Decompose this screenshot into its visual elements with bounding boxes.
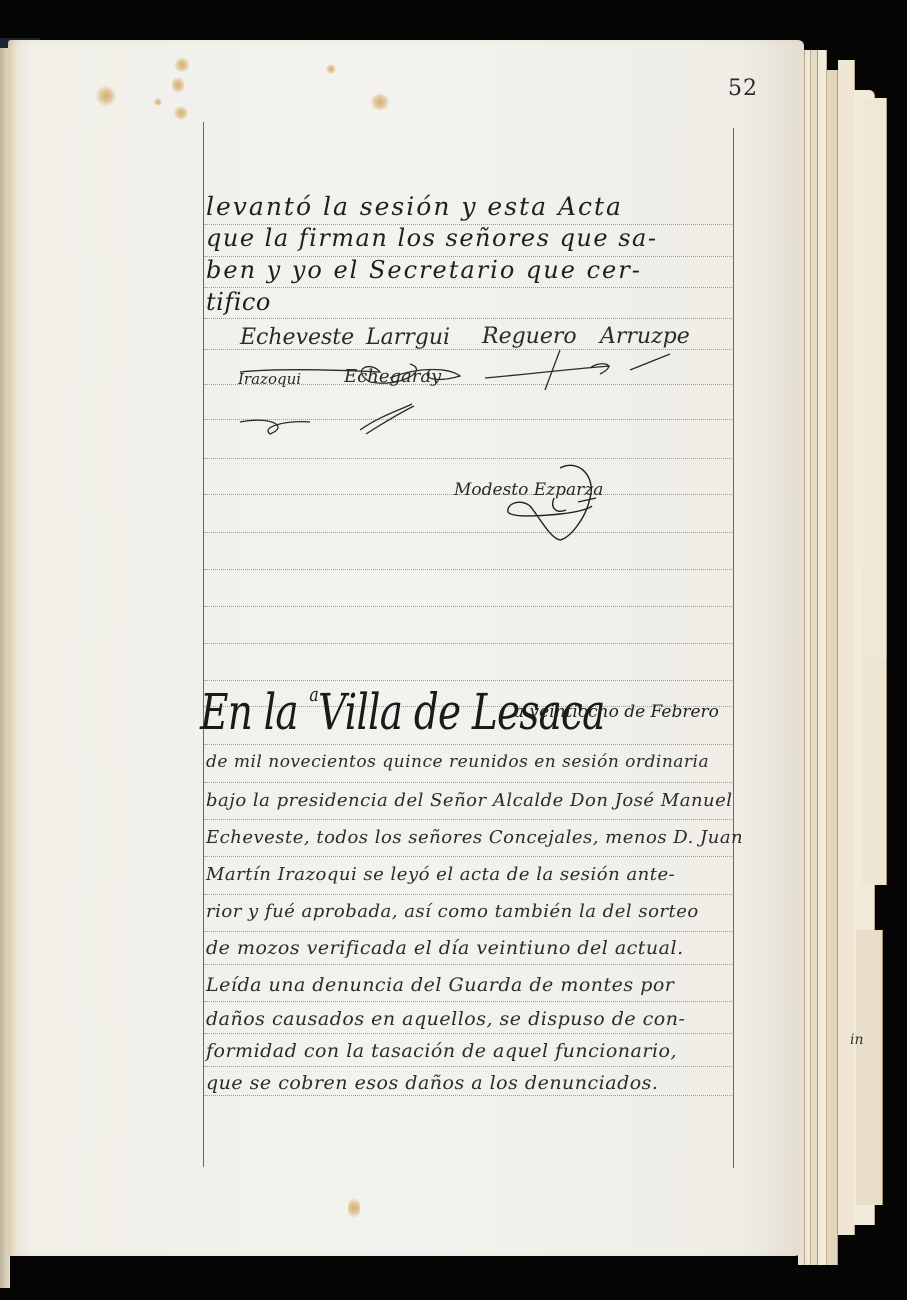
left-margin-line	[203, 122, 204, 1167]
entry-line-2: bajo la presidencia del Señor Alcalde Do…	[206, 790, 746, 811]
page-stack-edges	[798, 50, 893, 1265]
entry-line-6: de mozos verificada el día veintiuno del…	[206, 937, 746, 959]
foxing-spot	[154, 98, 162, 106]
closing-line-1: levantó la sesión y esta Acta	[206, 192, 746, 221]
page-number: 52	[728, 76, 758, 101]
foxing-spot	[96, 86, 116, 106]
closing-line-3: ben y yo el Secretario que cer-	[206, 256, 746, 284]
page-gutter	[8, 46, 18, 1256]
foxing-spot	[172, 76, 184, 94]
closing-line-4: tifico	[206, 288, 746, 316]
secretary-rubric-icon	[500, 458, 620, 548]
entry-line-5: rior y fué aprobada, así como también la…	[206, 901, 746, 922]
edge-margin-note: in	[850, 1032, 864, 1048]
foxing-spot	[174, 106, 188, 120]
foxing-spot	[370, 94, 390, 110]
foxing-spot	[348, 1196, 360, 1220]
scanned-ledger-page: 52 levantó la sesión y esta Acta que la …	[0, 0, 907, 1300]
foxing-spot	[174, 58, 190, 72]
entry-line-4: Martín Irazoqui se leyó el acta de la se…	[206, 864, 746, 885]
foxing-spot	[326, 64, 336, 74]
entry-line-7: Leída una denuncia del Guarda de montes …	[206, 974, 746, 996]
heading-superscript: a	[309, 682, 318, 706]
entry-line-10: que se cobren esos daños a los denunciad…	[206, 1072, 746, 1094]
entry-line-9: formidad con la tasación de aquel funcio…	[206, 1040, 746, 1062]
entry-line-1: de mil novecientos quince reunidos en se…	[206, 752, 746, 772]
entry-line-8: daños causados en aquellos, se dispuso d…	[206, 1008, 746, 1030]
closing-line-2: que la firman los señores que sa-	[206, 224, 746, 252]
heading-continuation: a veintiocho de Febrero	[514, 702, 719, 722]
entry-line-3: Echeveste, todos los señores Concejales,…	[206, 827, 746, 848]
heading-text-part1: En la	[200, 683, 309, 741]
signature-flourishes-icon	[200, 330, 700, 440]
